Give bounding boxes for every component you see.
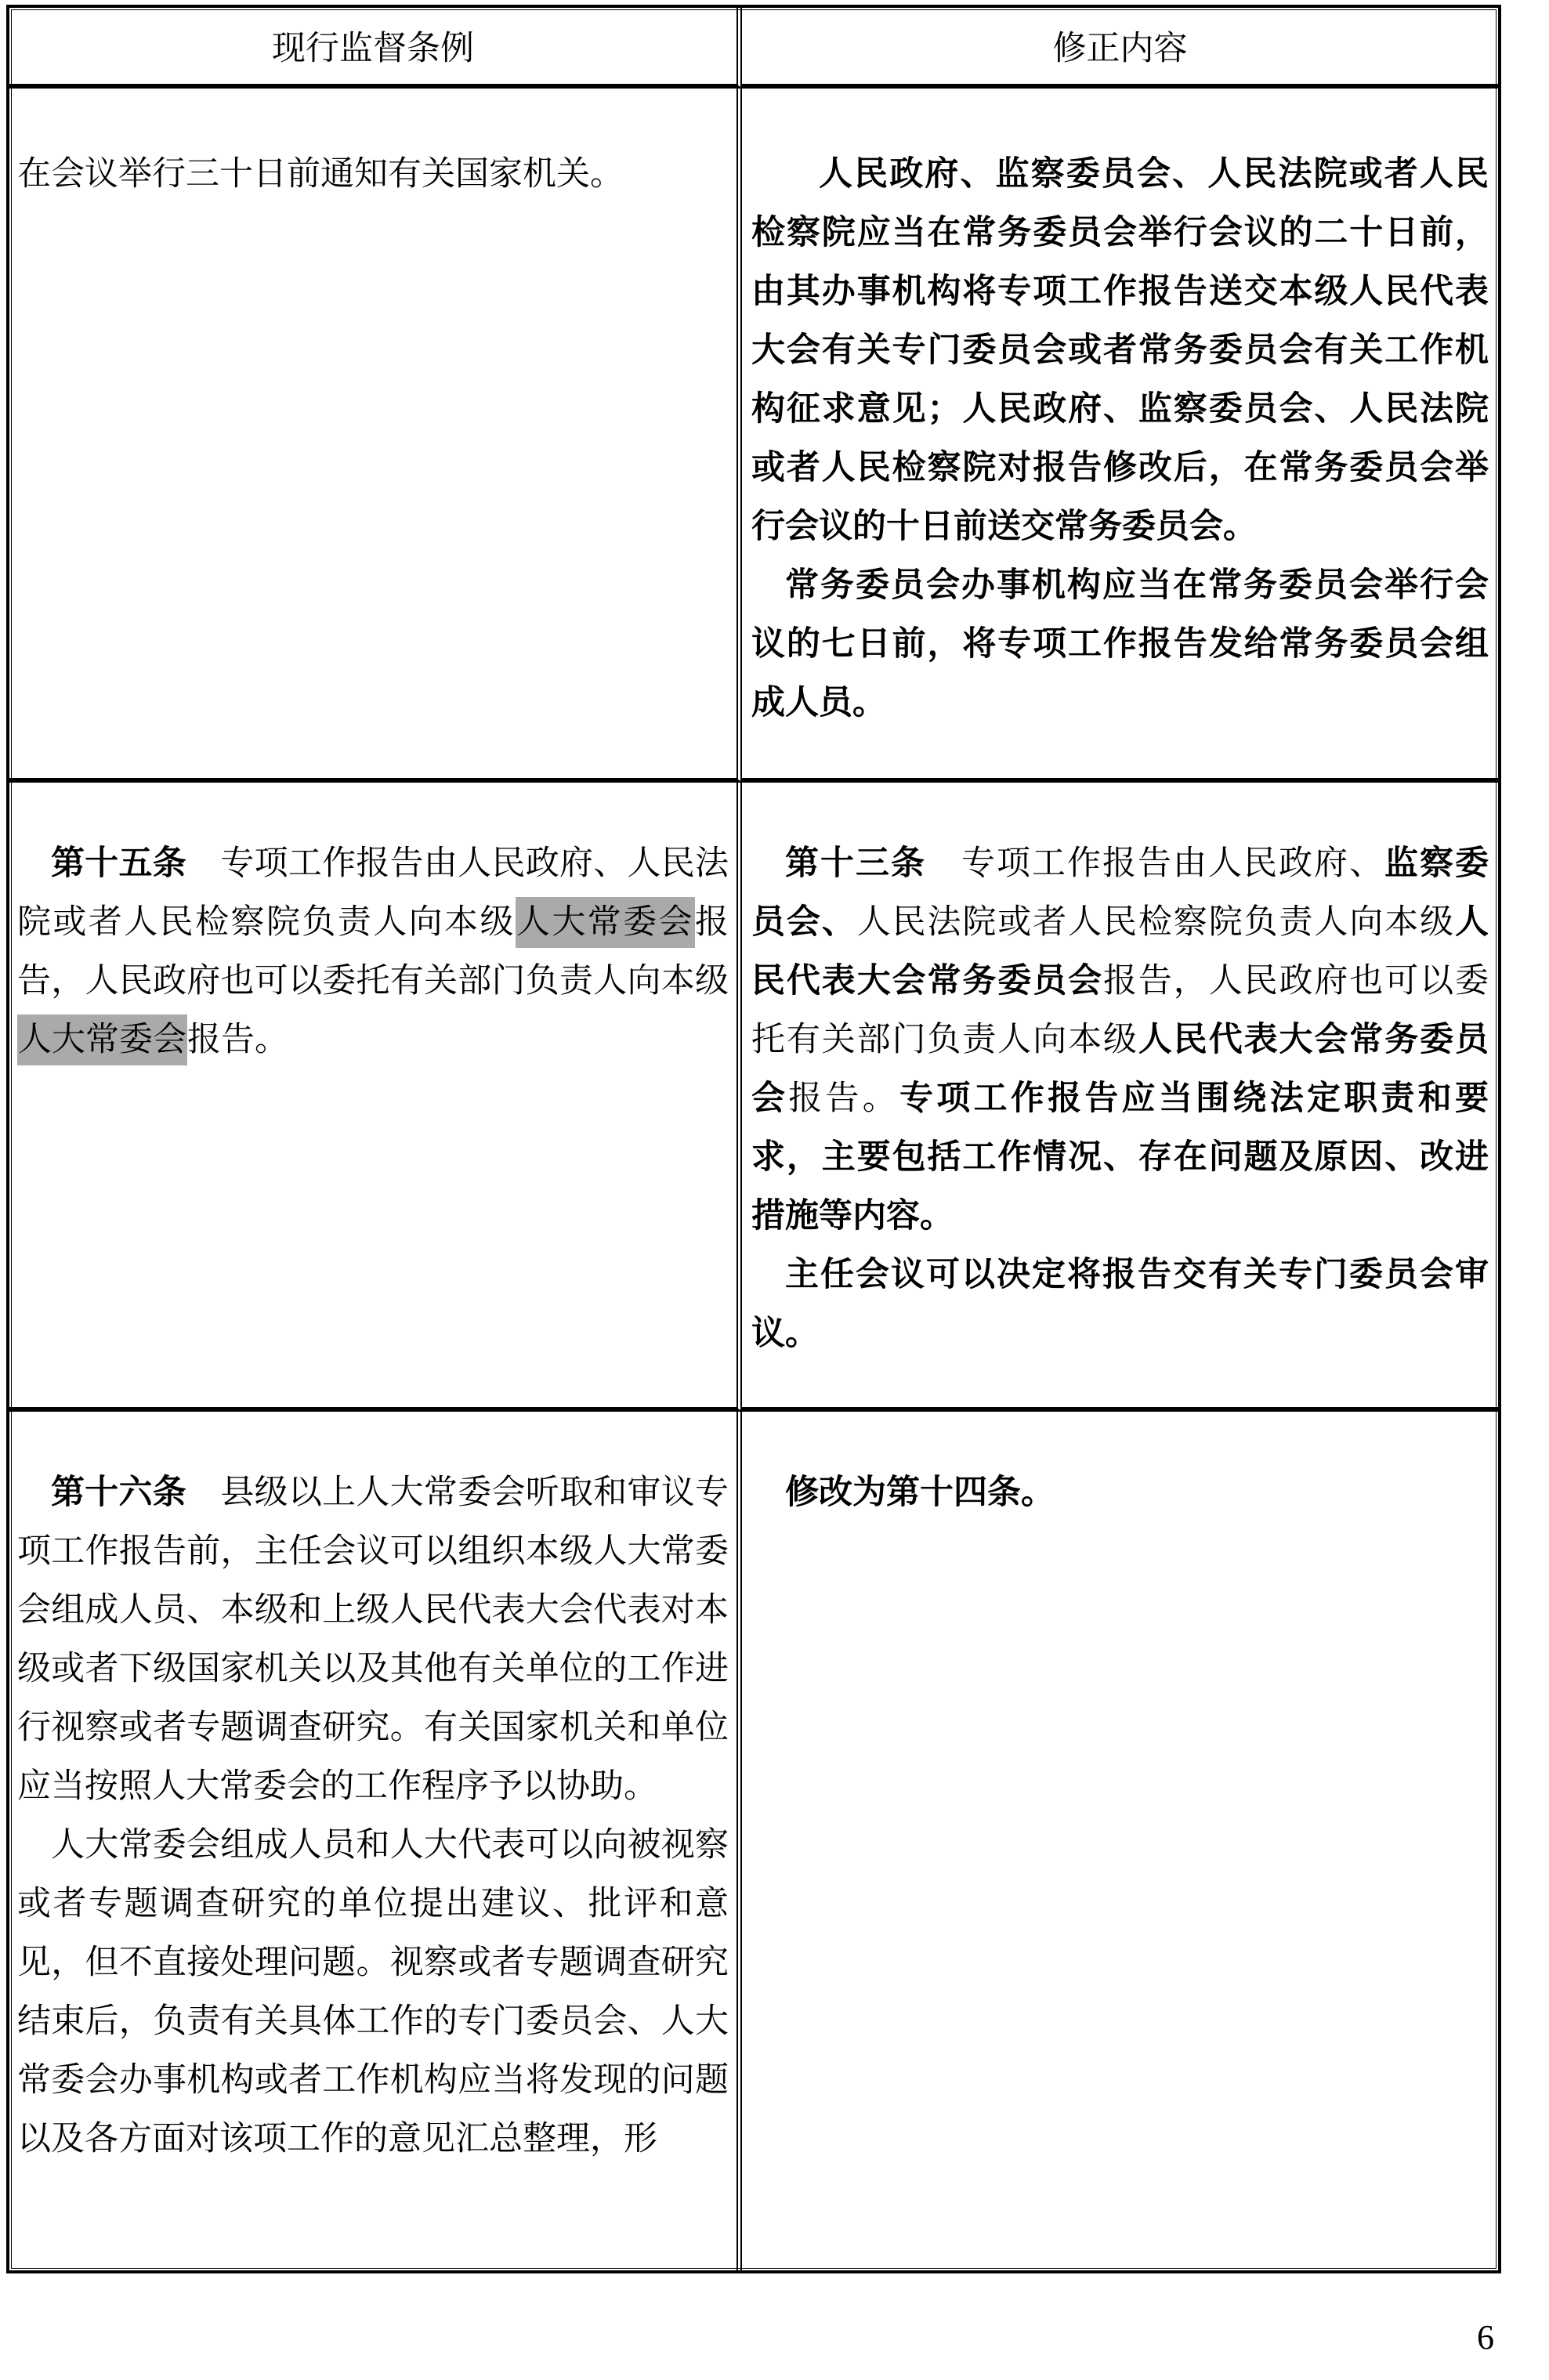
header-cell-current: 现行监督条例 [9, 8, 742, 89]
comparison-table: 现行监督条例 修正内容 在会议举行三十日前通知有关国家机关。 人民政府、监察委员… [6, 5, 1501, 2273]
paragraph: 在会议举行三十日前通知有关国家机关。 [17, 145, 729, 204]
highlighted-text: 人大常委会 [17, 1015, 187, 1065]
paragraph: 修改为第十四条。 [751, 1463, 1489, 1522]
text-segment: 报告。 [788, 1080, 899, 1117]
highlighted-text: 人大常委会 [516, 897, 695, 948]
header-label-amendment: 修正内容 [1053, 22, 1188, 70]
document-page: 现行监督条例 修正内容 在会议举行三十日前通知有关国家机关。 人民政府、监察委员… [0, 0, 1549, 2380]
paragraph: 常务委员会办事机构应当在常务委员会举行会议的七日前，将专项工作报告发给常务委员会… [751, 556, 1489, 732]
row1-cell-current: 在会议举行三十日前通知有关国家机关。 [9, 89, 742, 783]
paragraph: 第十三条 专项工作报告由人民政府、监察委员会、人民法院或者人民检察院负责人向本级… [751, 834, 1489, 1246]
header-cell-amendment: 修正内容 [742, 8, 1498, 89]
article-number: 第十五条 [51, 845, 186, 882]
table-grid: 现行监督条例 修正内容 在会议举行三十日前通知有关国家机关。 人民政府、监察委员… [9, 8, 1498, 2270]
paragraph: 第十六条 县级以上人大常委会听取和审议专项工作报告前，主任会议可以组织本级人大常… [17, 1463, 729, 1816]
page-number: 6 [1477, 2317, 1494, 2357]
text-segment: 专项工作报告由人民政府、 [926, 845, 1384, 882]
row2-cell-amendment: 第十三条 专项工作报告由人民政府、监察委员会、人民法院或者人民检察院负责人向本级… [742, 783, 1498, 1412]
row2-cell-current: 第十五条 专项工作报告由人民政府、人民法院或者人民检察院负责人向本级人大常委会报… [9, 783, 742, 1412]
header-label-current: 现行监督条例 [272, 22, 474, 70]
row3-cell-amendment: 修改为第十四条。 [742, 1412, 1498, 2270]
paragraph: 主任会议可以决定将报告交有关专门委员会审议。 [751, 1246, 1489, 1363]
text-segment: 县级以上人大常委会听取和审议专项工作报告前，主任会议可以组织本级人大常委会组成人… [17, 1474, 729, 1805]
row3-cell-current: 第十六条 县级以上人大常委会听取和审议专项工作报告前，主任会议可以组织本级人大常… [9, 1412, 742, 2270]
article-number: 第十六条 [51, 1474, 186, 1511]
article-number: 第十三条 [785, 845, 926, 882]
row1-cell-amendment: 人民政府、监察委员会、人民法院或者人民检察院应当在常务委员会举行会议的二十日前，… [742, 89, 1498, 783]
paragraph: 人大常委会组成人员和人大代表可以向被视察或者专题调查研究的单位提出建议、批评和意… [17, 1816, 729, 2168]
paragraph: 第十五条 专项工作报告由人民政府、人民法院或者人民检察院负责人向本级人大常委会报… [17, 834, 729, 1069]
paragraph: 人民政府、监察委员会、人民法院或者人民检察院应当在常务委员会举行会议的二十日前，… [751, 145, 1489, 556]
text-segment: 报告。 [187, 1022, 288, 1058]
text-segment: 人民法院或者人民检察院负责人向本级 [857, 904, 1455, 941]
